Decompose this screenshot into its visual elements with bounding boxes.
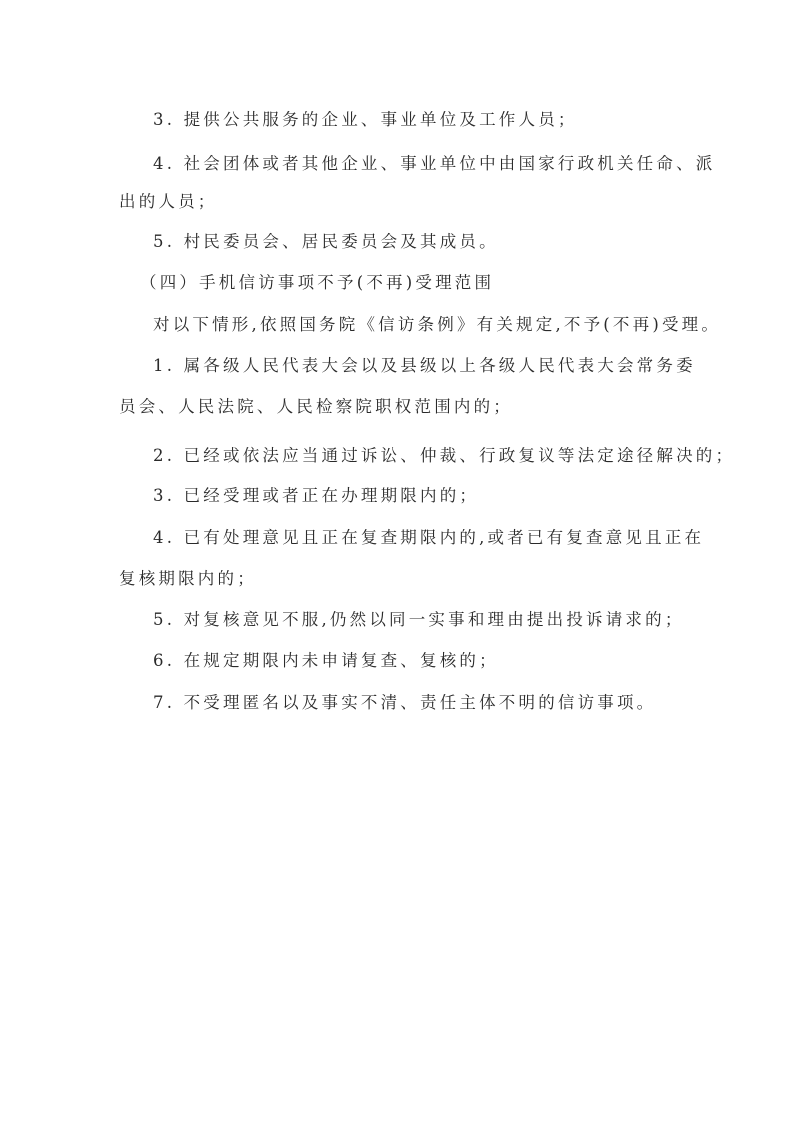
section-heading-4: （四）手机信访事项不予(不再)受理范围: [140, 273, 494, 293]
list-item-4-continuation: 出的人员；: [119, 192, 218, 212]
list-item-5-committees: 5. 村民委员会、居民委员会及其成员。: [153, 232, 499, 252]
document-page: 3. 提供公共服务的企业、事业单位及工作人员； 4. 社会团体或者其他企业、事业…: [0, 0, 800, 1131]
section-intro-paragraph: 对以下情形,依照国务院《信访条例》有关规定,不予(不再)受理。: [153, 315, 721, 335]
exclusion-item-1: 1. 属各级人民代表大会以及县级以上各级人民代表大会常务委: [153, 356, 696, 376]
list-item-3-public-service: 3. 提供公共服务的企业、事业单位及工作人员；: [153, 110, 578, 130]
list-item-4-social-groups: 4. 社会团体或者其他企业、事业单位中由国家行政机关任命、派: [153, 154, 716, 174]
exclusion-item-5: 5. 对复核意见不服,仍然以同一实事和理由提出投诉请求的；: [153, 610, 685, 630]
exclusion-item-6: 6. 在规定期限内未申请复查、复核的；: [153, 651, 499, 671]
exclusion-item-2: 2. 已经或依法应当通过诉讼、仲裁、行政复议等法定途径解决的；: [153, 446, 735, 466]
exclusion-item-4: 4. 已有处理意见且正在复查期限内的,或者已有复查意见且正在: [153, 528, 704, 548]
exclusion-item-7: 7. 不受理匿名以及事实不清、责任主体不明的信访事项。: [153, 693, 656, 713]
exclusion-item-4-continuation: 复核期限内的；: [119, 569, 257, 589]
exclusion-item-3: 3. 已经受理或者正在办理期限内的；: [153, 486, 479, 506]
exclusion-item-1-continuation: 员会、人民法院、人民检察院职权范围内的；: [119, 397, 513, 417]
